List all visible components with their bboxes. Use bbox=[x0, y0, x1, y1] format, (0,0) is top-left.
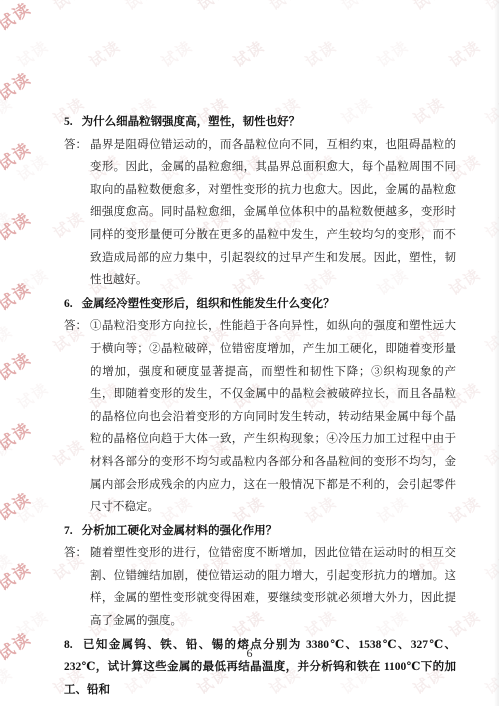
trial-watermark: 试读 bbox=[0, 206, 35, 245]
trial-watermark: 试读 bbox=[13, 263, 53, 300]
question-number: 5. bbox=[64, 111, 73, 134]
trial-watermark: 试读 bbox=[481, 548, 499, 585]
answer-label: 答： bbox=[64, 315, 87, 338]
trial-watermark: 试读 bbox=[193, 0, 233, 15]
trial-watermark: 试读 bbox=[0, 662, 17, 699]
trial-watermark: 试读 bbox=[157, 35, 197, 72]
trial-watermark: 试读 bbox=[229, 35, 269, 72]
trial-watermark: 试读 bbox=[0, 346, 35, 385]
page-edge-shadow bbox=[494, 0, 499, 706]
question-item: 5.为什么细晶粒钢强度高，塑性，韧性也好？ bbox=[64, 111, 456, 134]
trial-watermark: 试读 bbox=[0, 556, 35, 595]
page-number: 6 bbox=[0, 646, 499, 661]
trial-watermark: 试读 bbox=[373, 35, 413, 72]
trial-watermark: 试读 bbox=[0, 486, 35, 525]
question-text: 为什么细晶粒钢强度高，塑性，韧性也好？ bbox=[82, 116, 301, 128]
trial-watermark: 试读 bbox=[481, 320, 499, 357]
trial-watermark: 试读 bbox=[0, 66, 35, 105]
question-text: 金属经冷塑性变形后，组织和性能发生什么变化？ bbox=[82, 298, 335, 310]
answer-item: 答：①晶粒沿变形方向拉长，性能趋于各向异性，如纵向的强度和塑性远大于横向等；②晶… bbox=[64, 315, 456, 518]
question-text: 分析加工硬化对金属材料的强化作用？ bbox=[82, 525, 278, 537]
answer-label: 答： bbox=[64, 542, 87, 565]
trial-watermark: 试读 bbox=[481, 662, 499, 699]
question-item: 8.已知金属钨、铁、铅、锡的熔点分别为 3380℃、1538℃、327℃、232… bbox=[64, 634, 456, 702]
trial-watermark: 试读 bbox=[301, 35, 341, 72]
document-page: 试读试读试读试读试读试读试读试读试读试读试读试读试读试读试读试读试读试读试读试读… bbox=[0, 0, 499, 706]
trial-watermark: 试读 bbox=[337, 0, 377, 15]
trial-watermark: 试读 bbox=[121, 0, 161, 15]
answer-label: 答： bbox=[64, 134, 87, 157]
question-number: 6. bbox=[64, 293, 73, 316]
answer-text: ①晶粒沿变形方向拉长，性能趋于各向异性，如纵向的强度和塑性远大于横向等；②晶粒破… bbox=[90, 320, 456, 513]
trial-watermark: 试读 bbox=[409, 0, 449, 15]
trial-watermark: 试读 bbox=[0, 0, 35, 35]
trial-watermark: 试读 bbox=[13, 35, 53, 72]
answer-item: 答：随着塑性变形的进行，位错密度不断增加，因此位错在运动时的相互交割、位错缠结加… bbox=[64, 542, 456, 632]
trial-watermark: 试读 bbox=[0, 136, 35, 175]
trial-watermark: 试读 bbox=[0, 320, 17, 357]
answer-text: 晶界是阻碍位错运动的，而各晶粒位向不同，互相约束，也阻碍晶粒的变形。因此，金属的… bbox=[90, 139, 456, 287]
trial-watermark: 试读 bbox=[481, 0, 499, 15]
trial-watermark: 试读 bbox=[0, 548, 17, 585]
qa-content: 5.为什么细晶粒钢强度高，塑性，韧性也好？答：晶界是阻碍位错运动的，而各晶粒位向… bbox=[64, 110, 456, 701]
trial-watermark: 试读 bbox=[13, 491, 53, 528]
trial-watermark: 试读 bbox=[13, 149, 53, 186]
trial-watermark: 试读 bbox=[0, 0, 17, 15]
trial-watermark: 试读 bbox=[481, 206, 499, 243]
question-item: 7.分析加工硬化对金属材料的强化作用？ bbox=[64, 520, 456, 543]
trial-watermark: 试读 bbox=[445, 35, 485, 72]
answer-item: 答：晶界是阻碍位错运动的，而各晶粒位向不同，互相约束，也阻碍晶粒的变形。因此，金… bbox=[64, 134, 456, 292]
trial-watermark: 试读 bbox=[0, 92, 17, 129]
trial-watermark: 试读 bbox=[0, 434, 17, 471]
trial-watermark: 试读 bbox=[13, 377, 53, 414]
trial-watermark: 试读 bbox=[481, 434, 499, 471]
trial-watermark: 试读 bbox=[13, 605, 53, 642]
answer-text: 随着塑性变形的进行，位错密度不断增加，因此位错在运动时的相互交割、位错缠结加剧，… bbox=[90, 547, 456, 627]
question-item: 6.金属经冷塑性变形后，组织和性能发生什么变化？ bbox=[64, 293, 456, 316]
trial-watermark: 试读 bbox=[0, 276, 35, 315]
trial-watermark: 试读 bbox=[265, 0, 305, 15]
trial-watermark: 试读 bbox=[481, 92, 499, 129]
trial-watermark: 试读 bbox=[85, 35, 125, 72]
trial-watermark: 试读 bbox=[49, 0, 89, 15]
trial-watermark: 试读 bbox=[0, 416, 35, 455]
question-number: 7. bbox=[64, 520, 73, 543]
trial-watermark: 试读 bbox=[0, 206, 17, 243]
